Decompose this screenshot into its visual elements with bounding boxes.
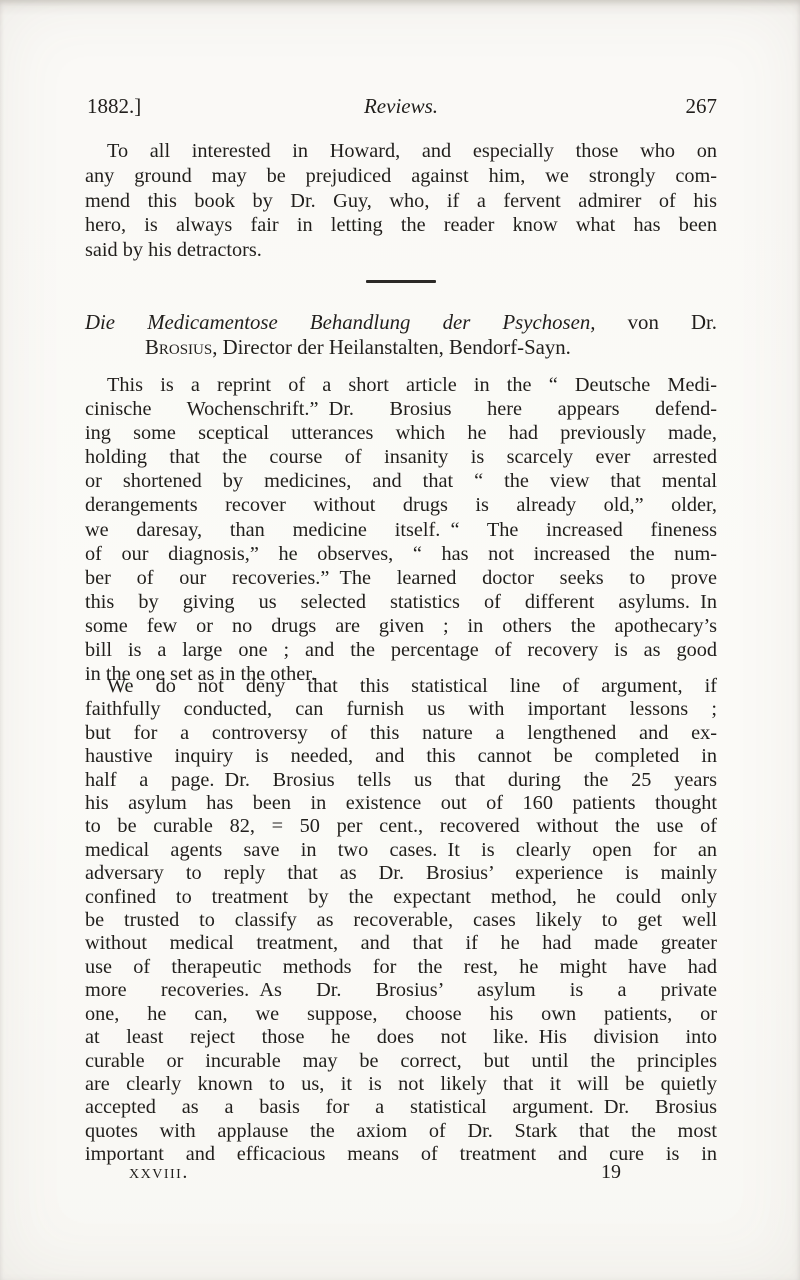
text-line: accepted as a basis for a statistical ar… [85,1096,717,1119]
text-line: some few or no drugs are given ; in othe… [85,614,717,638]
text-line: be trusted to classify as recoverable, c… [85,909,717,932]
text-line: quotes with applause the axiom of Dr. St… [85,1120,717,1143]
text-line: To all interested in Howard, and especia… [85,139,717,164]
text-line: cinische Wochenschrift.” Dr. Brosius her… [85,397,717,421]
text-line: more recoveries. As Dr. Brosius’ asylum … [85,979,717,1002]
text-line: We do not deny that this statistical lin… [85,675,717,698]
text-line: we daresay, than medicine itself. “ The … [85,518,717,542]
header-running-title: Reviews. [85,94,717,119]
text-line: This is a reprint of a short article in … [85,373,717,397]
text-line: ber of our recoveries.” The learned doct… [85,566,717,590]
text-line: or shortened by medicines, and that “ th… [85,469,717,493]
review-title-italic: Die Medicamentose Behandlung der Psychos… [85,311,595,334]
text-line: curable or incurable may be correct, but… [85,1050,717,1073]
text-line: mend this book by Dr. Guy, who, if a fer… [85,189,717,214]
review-heading: Die Medicamentose Behandlung der Psychos… [85,311,717,360]
text-line: medical agents save in two cases. It is … [85,839,717,862]
text-line: any ground may be prejudiced against him… [85,164,717,189]
paragraph-reprint-statistics: This is a reprint of a short article in … [85,373,717,686]
text-line: adversary to reply that as Dr. Brosius’ … [85,862,717,885]
review-author-smallcaps: Brosius [145,336,212,359]
text-line: to be curable 82, = 50 per cent., recove… [85,815,717,838]
text-line: ing some sceptical utterances which he h… [85,421,717,445]
text-line: are clearly known to us, it is not likel… [85,1073,717,1096]
text-line: bill is a large one ; and the percentage… [85,638,717,662]
footer-volume-numeral: xxviii. [129,1161,189,1184]
page-footer: xxviii. 19 [85,1161,717,1187]
paragraph-howard-review: To all interested in Howard, and especia… [85,139,717,263]
text-line: holding that the course of insanity is s… [85,445,717,469]
text-line: haustive inquiry is needed, and this can… [85,745,717,768]
text-line: said by his detractors. [85,238,717,263]
review-author-rest: , Director der Heilanstalten, Bendorf-Sa… [212,336,571,359]
text-line: but for a controversy of this nature a l… [85,722,717,745]
text-line: confined to treatment by the expectant m… [85,886,717,909]
footer-signature-number: 19 [601,1161,621,1184]
review-heading-line-1: Die Medicamentose Behandlung der Psychos… [85,311,717,336]
text-line: his asylum has been in existence out of … [85,792,717,815]
header-page-number: 267 [686,94,718,119]
page-header: 1882.] Reviews. 267 [85,94,717,120]
text-line: this by giving us selected statistics of… [85,590,717,614]
text-line: without medical treatment, and that if h… [85,932,717,955]
text-line: of our diagnosis,” he observes, “ has no… [85,542,717,566]
scanned-book-page: 1882.] Reviews. 267 To all interested in… [0,0,800,1280]
review-title-roman: von Dr. [628,311,717,334]
text-line: faithfully conducted, can furnish us wit… [85,698,717,721]
text-line: one, he can, we suppose, choose his own … [85,1003,717,1026]
section-divider-rule [366,280,436,283]
review-heading-line-2: Brosius, Director der Heilanstalten, Ben… [85,336,717,361]
text-line: hero, is always fair in letting the read… [85,213,717,238]
text-line: half a page. Dr. Brosius tells us that d… [85,769,717,792]
paragraph-statistical-argument: We do not deny that this statistical lin… [85,675,717,1167]
text-line: derangements recover without drugs is al… [85,493,717,517]
text-line: use of therapeutic methods for the rest,… [85,956,717,979]
text-line: at least reject those he does not like. … [85,1026,717,1049]
